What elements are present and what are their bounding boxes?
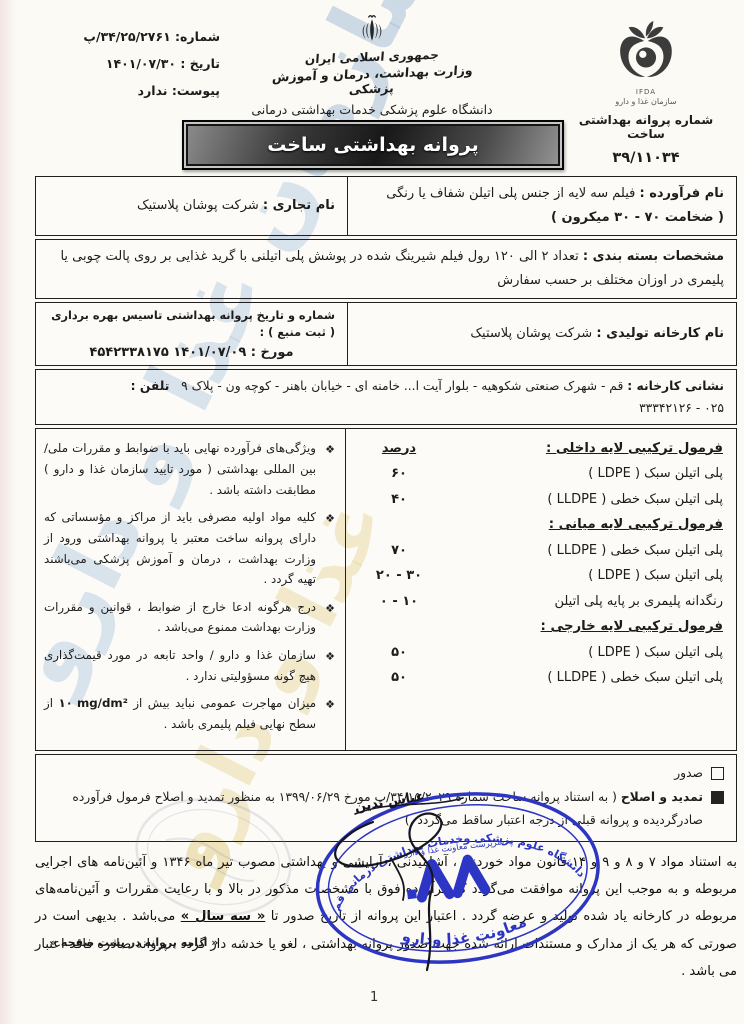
- diamond-bullet-icon: ❖: [322, 597, 335, 638]
- factory-name-value: شرکت پوشان پلاستیک: [470, 326, 592, 341]
- phone-label: تلفن :: [131, 379, 170, 393]
- formulation-outer-heading: فرمول ترکیبی لایه خارجی :: [541, 619, 723, 634]
- row-product: نام فرآورده : فیلم سه لایه از جنس پلی ات…: [35, 176, 737, 236]
- packaging-cell: مشخصات بسته بندی : تعداد ۲ الی ۱۲۰ رول ف…: [36, 240, 736, 298]
- letterhead-center: جمهوری اسلامی ایران وزارت بهداشت، درمان …: [250, 12, 494, 132]
- establishment-license-label: شماره و تاریخ پروانه بهداشتی تاسیس بهره …: [48, 308, 335, 342]
- formulation-inner-heading: فرمول ترکیبی لایه داخلی :: [546, 441, 723, 456]
- note-item: ❖ درج هرگونه ادعا خارج از ضوابط ، قوانین…: [44, 597, 335, 638]
- note-text-pre: میزان مهاجرت عمومی نباید بیش از: [133, 696, 316, 710]
- svg-text:معاونت غذا ودارو: معاونت غذا ودارو: [398, 911, 531, 954]
- diamond-bullet-icon: ❖: [322, 693, 335, 734]
- certificate-page: سازمان غذا و دارو غذا و دارو شماره: ۳۴/۲…: [0, 0, 744, 1024]
- row-packaging: مشخصات بسته بندی : تعداد ۲ الی ۱۲۰ رول ف…: [35, 239, 737, 299]
- establishment-license-value: ۴۵۴۲۳۳۸۱۷۵ مورخ : ۱۴۰۱/۰۷/۰۹: [48, 345, 335, 360]
- phone-value: ۳۳۳۴۲۱۲۶ - ۰۲۵: [639, 397, 724, 419]
- doc-date: تاریخ : ۱۴۰۱/۰۷/۳۰: [20, 51, 220, 78]
- notes-cell: ❖ ویژگی‌های فرآورده نهایی باید با ضوابط …: [36, 429, 345, 749]
- formulation-row: پلی اتیلن سبک خطی ( LLDPE ) ۵۰: [359, 665, 723, 691]
- note-item: ❖ سازمان غذا و دارو / واحد تابعه در مورد…: [44, 645, 335, 686]
- diamond-bullet-icon: ❖: [322, 438, 335, 500]
- factory-address-label: نشانی کارخانه :: [627, 379, 724, 393]
- formulation-cell: فرمول ترکیبی لایه داخلی : درصد پلی اتیلن…: [345, 429, 736, 749]
- ingredient-name: پلی اتیلن سبک خطی ( LLDPE ): [547, 492, 723, 507]
- letterhead-right: IFDA سازمان غذا و دارو شماره پروانه بهدا…: [564, 20, 728, 166]
- factory-address-value: قم - شهرک صنعتی شکوهیه - بلوار آیت ا... …: [181, 379, 623, 393]
- product-name-value: فیلم سه لایه از جنس پلی اتیلن شفاف یا رن…: [386, 186, 635, 201]
- formulation-row: پلی اتیلن سبک خطی ( LLDPE ) ۴۰: [359, 486, 723, 512]
- note-text: ویژگی‌های فرآورده نهایی باید با ضوابط و …: [44, 438, 316, 500]
- address-cell: نشانی کارخانه : قم - شهرک صنعتی شکوهیه -…: [36, 370, 736, 424]
- factory-name-label: نام کارخانه تولیدی :: [596, 326, 724, 341]
- ingredient-percent: ۶۰: [359, 466, 439, 481]
- diamond-bullet-icon: ❖: [322, 645, 335, 686]
- ingredient-name: پلی اتیلن سبک ( LDPE ): [588, 466, 723, 481]
- ingredient-percent: ۷۰: [359, 543, 439, 558]
- ifda-caption-fa: سازمان غذا و دارو: [564, 97, 728, 106]
- ingredient-name: پلی اتیلن سبک ( LDPE ): [588, 645, 723, 660]
- formulation-row: پلی اتیلن سبک ( LDPE ) ۶۰: [359, 461, 723, 487]
- note-text: میزان مهاجرت عمومی نباید بیش از ۱۰ mg/dm…: [44, 693, 316, 734]
- product-name-label: نام فرآورده :: [639, 186, 724, 201]
- page-number: 1: [370, 990, 378, 1005]
- note-item: ❖ کلیه مواد اولیه مصرفی باید از مراکز و …: [44, 507, 335, 590]
- formulation-outer-heading-row: فرمول ترکیبی لایه خارجی :: [359, 614, 723, 640]
- row-formulation-notes: فرمول ترکیبی لایه داخلی : درصد پلی اتیلن…: [35, 428, 737, 750]
- ingredient-percent: ۵۰: [359, 645, 439, 660]
- note-text: درج هرگونه ادعا خارج از ضوابط ، قوانین و…: [44, 597, 316, 638]
- document-title-bar: پروانه بهداشتی ساخت: [182, 120, 564, 170]
- note-item: ❖ میزان مهاجرت عمومی نباید بیش از ۱۰ mg/…: [44, 693, 335, 734]
- product-name-cell: نام فرآورده : فیلم سه لایه از جنس پلی ات…: [347, 177, 736, 235]
- formulation-row: پلی اتیلن سبک ( LDPE ) ۵۰: [359, 639, 723, 665]
- formulation-inner-heading-row: فرمول ترکیبی لایه داخلی : درصد: [359, 435, 723, 461]
- license-number-value: ۳۹/۱۱۰۳۴: [564, 150, 728, 166]
- percent-column-header: درصد: [359, 441, 439, 456]
- ingredient-percent: ۲۰ - ۳۰: [359, 568, 439, 583]
- packaging-label: مشخصات بسته بندی :: [583, 249, 724, 264]
- checkbox-unchecked-icon: [711, 767, 724, 780]
- migration-limit-value: ۱۰ mg/dm²: [58, 693, 127, 714]
- formulation-middle-heading-row: فرمول ترکیبی لایه میانی :: [359, 512, 723, 538]
- formulation-row: پلی اتیلن سبک ( LDPE ) ۲۰ - ۳۰: [359, 563, 723, 589]
- formulation-row: رنگدانه پلیمری بر پایه پلی اتیلن ۰ - ۱۰: [359, 588, 723, 614]
- ifda-logo-icon: [616, 69, 676, 88]
- svg-text:دانشگاه علوم پزشکی وخدمات بهدا: دانشگاه علوم پزشکی وخدمات بهداشتی درمانی…: [322, 817, 590, 914]
- trade-name-label: نام تجاری :: [263, 198, 335, 213]
- ingredient-percent: ۰ - ۱۰: [359, 594, 439, 609]
- ingredient-percent: ۵۰: [359, 670, 439, 685]
- formulation-row: پلی اتیلن سبک خطی ( LLDPE ) ۷۰: [359, 537, 723, 563]
- stamp-org-arc-text: دانشگاه علوم پزشکی وخدمات بهداشتی درمانی…: [322, 817, 590, 914]
- diamond-bullet-icon: ❖: [322, 507, 335, 590]
- formulation-middle-heading: فرمول ترکیبی لایه میانی :: [549, 517, 723, 532]
- document-title: پروانه بهداشتی ساخت: [267, 134, 479, 156]
- factory-name-cell: نام کارخانه تولیدی : شرکت پوشان پلاستیک: [347, 303, 736, 365]
- issue-option-label: صدور: [674, 762, 703, 785]
- doc-attachment: پیوست: ندارد: [20, 78, 220, 105]
- note-text: کلیه مواد اولیه مصرفی باید از مراکز و مؤ…: [44, 507, 316, 590]
- iran-emblem-icon: [357, 12, 387, 49]
- ingredient-name: پلی اتیلن سبک خطی ( LLDPE ): [547, 543, 723, 558]
- letterhead-meta: شماره: ۳۴/۲۵/۲۷۶۱/پ تاریخ : ۱۴۰۱/۰۷/۳۰ پ…: [20, 24, 220, 105]
- trade-name-value: شرکت پوشان پلاستیک: [137, 198, 259, 213]
- ingredient-name: پلی اتیلن سبک خطی ( LLDPE ): [547, 670, 723, 685]
- product-thickness: ( ضخامت ۷۰ - ۳۰ میکرون ): [360, 206, 724, 230]
- stamp-logo-icon: [418, 862, 450, 897]
- renew-option-label: تمدید و اصلاح: [621, 790, 703, 804]
- food-drug-deputy-stamp: دانشگاه علوم پزشکی وخدمات بهداشتی درمانی…: [298, 770, 618, 989]
- trade-name-cell: نام تجاری : شرکت پوشان پلاستیک: [36, 177, 347, 235]
- row-address: نشانی کارخانه : قم - شهرک صنعتی شکوهیه -…: [35, 369, 737, 425]
- checkbox-checked-icon: [711, 791, 724, 804]
- doc-number: شماره: ۳۴/۲۵/۲۷۶۱/پ: [20, 24, 220, 51]
- ifda-caption-en: IFDA: [564, 88, 728, 97]
- continuation-note: « ادامه پروانه در پشت صفحه »: [50, 936, 218, 949]
- note-text: سازمان غذا و دارو / واحد تابعه در مورد ق…: [44, 645, 316, 686]
- note-item: ❖ ویژگی‌های فرآورده نهایی باید با ضوابط …: [44, 438, 335, 500]
- stamp-dept-arc-text: معاونت غذا ودارو: [398, 911, 531, 954]
- ingredient-name: رنگدانه پلیمری بر پایه پلی اتیلن: [554, 594, 723, 609]
- license-number-label: شماره پروانه بهداشتی ساخت: [564, 113, 728, 141]
- establishment-license-cell: شماره و تاریخ پروانه بهداشتی تاسیس بهره …: [36, 303, 347, 365]
- ministry-title: وزارت بهداشت، درمان و آموزش پزشکی: [249, 62, 496, 100]
- row-factory: نام کارخانه تولیدی : شرکت پوشان پلاستیک …: [35, 302, 737, 366]
- ingredient-percent: ۴۰: [359, 492, 439, 507]
- ingredient-name: پلی اتیلن سبک ( LDPE ): [588, 568, 723, 583]
